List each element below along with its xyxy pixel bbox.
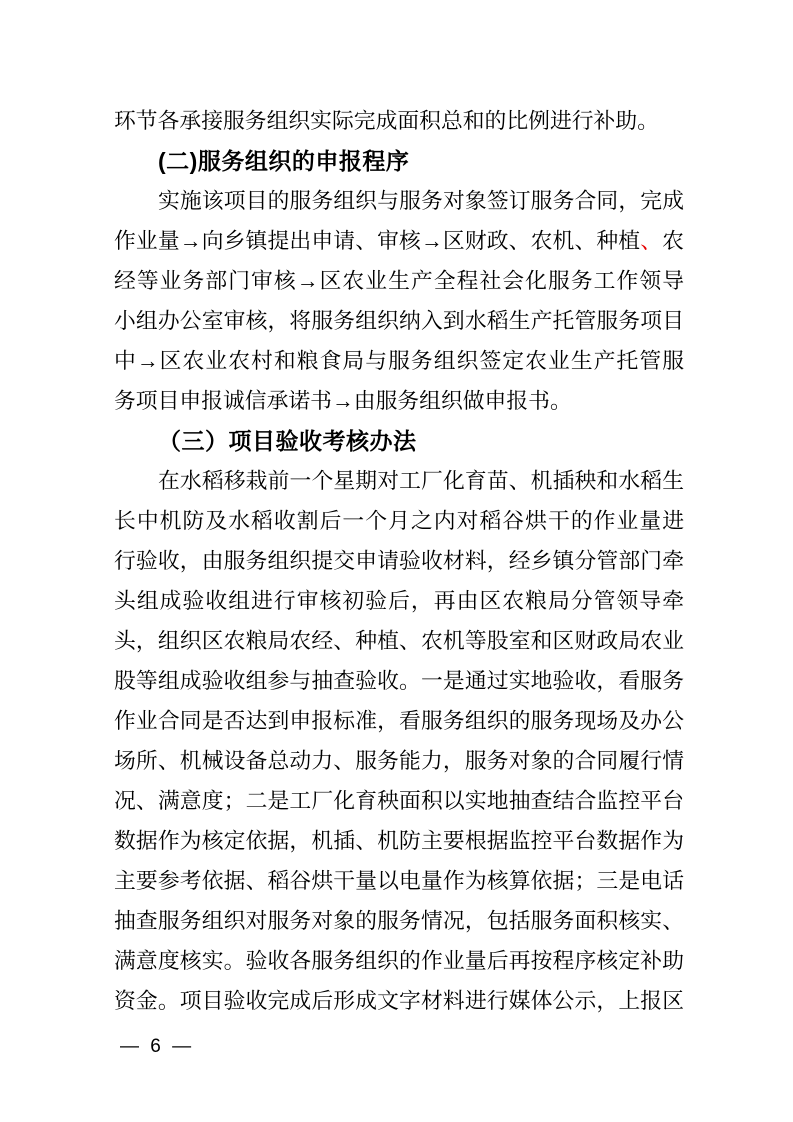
document-page: 环节各承接服务组织实际完成面积总和的比例进行补助。 (二)服务组织的申报程序 实…: [0, 0, 793, 1122]
document-body: 环节各承接服务组织实际完成面积总和的比例进行补助。 (二)服务组织的申报程序 实…: [114, 101, 684, 1021]
text-line: 况、满意度；二是工厂化育秧面积以实地抽查结合监控平台: [114, 781, 684, 821]
text-line: 实施该项目的服务组织与服务对象签订服务合同，完成: [114, 181, 684, 221]
text-line: 头组成验收组进行审核初验后，再由区农粮局分管领导牵: [114, 581, 684, 621]
text-line: 主要参考依据、稻谷烘干量以电量作为核算依据；三是电话: [114, 861, 684, 901]
text-line: 满意度核实。验收各服务组织的作业量后再按程序核定补助: [114, 941, 684, 981]
text-line: 中→区农业农村和粮食局与服务组织签定农业生产托管服: [114, 341, 684, 381]
text-line: 头，组织区农粮局农经、种植、农机等股室和区财政局农业: [114, 621, 684, 661]
text-line: 股等组成验收组参与抽查验收。一是通过实地验收，看服务: [114, 661, 684, 701]
text-line: 作业合同是否达到申报标准，看服务组织的服务现场及办公: [114, 701, 684, 741]
text-line: 在水稻移栽前一个星期对工厂化育苗、机插秧和水稻生: [114, 461, 684, 501]
text-line: 行验收，由服务组织提交申请验收材料，经乡镇分管部门牵: [114, 541, 684, 581]
text-line: 资金。项目验收完成后形成文字材料进行媒体公示，上报区: [114, 981, 684, 1021]
text-line: 数据作为核定依据，机插、机防主要根据监控平台数据作为: [114, 821, 684, 861]
red-caesura-mark: 、: [640, 228, 662, 253]
text-line: 抽查服务组织对服务对象的服务情况，包括服务面积核实、: [114, 901, 684, 941]
text-line: 小组办公室审核，将服务组织纳入到水稻生产托管服务项目: [114, 301, 684, 341]
text-line: 作业量→向乡镇提出申请、审核→区财政、农机、种植、农: [114, 221, 684, 261]
text-line: 经等业务部门审核→区农业生产全程社会化服务工作领导: [114, 261, 684, 301]
text-segment: 作业量→向乡镇提出申请、审核→区财政、农机、种植: [114, 228, 640, 253]
text-segment: 农: [662, 228, 684, 253]
text-line: 环节各承接服务组织实际完成面积总和的比例进行补助。: [114, 101, 684, 141]
text-line: 务项目申报诚信承诺书→由服务组织做申报书。: [114, 381, 684, 421]
text-line: 长中机防及水稻收割后一个月之内对稻谷烘干的作业量进: [114, 501, 684, 541]
section-heading-3: （三）项目验收考核办法: [114, 421, 684, 461]
page-number: — 6 —: [120, 1033, 194, 1061]
text-line: 场所、机械设备总动力、服务能力，服务对象的合同履行情: [114, 741, 684, 781]
section-heading-2: (二)服务组织的申报程序: [114, 141, 684, 181]
